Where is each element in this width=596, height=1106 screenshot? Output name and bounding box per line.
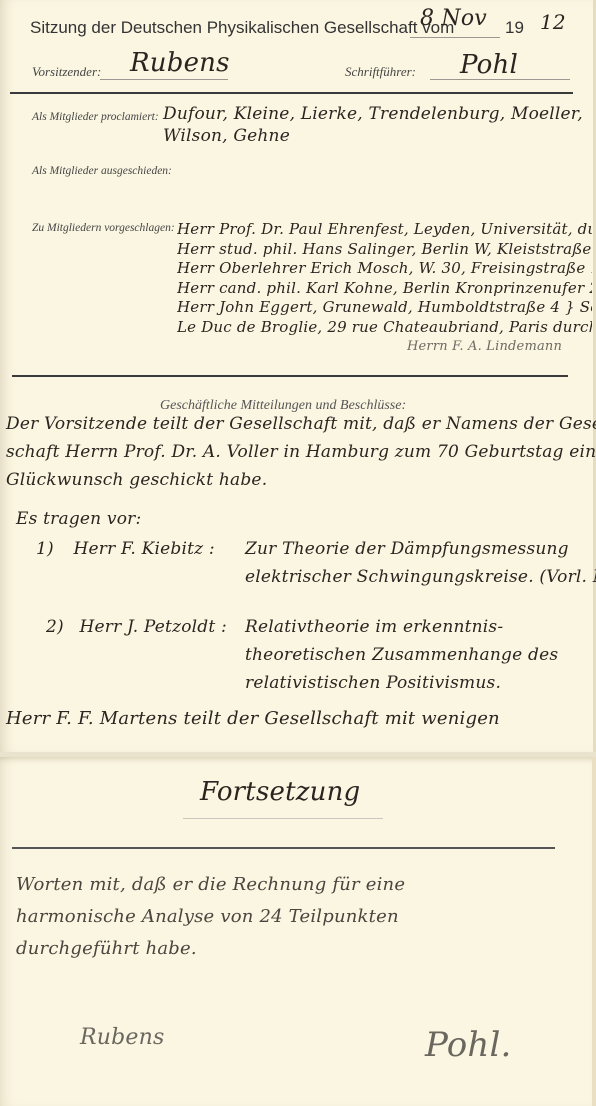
business-text: Der Vorsitzende teilt der Gesellschaft m… bbox=[6, 410, 596, 494]
proposed-member-line: Herr stud. phil. Hans Salinger, Berlin W… bbox=[177, 240, 592, 260]
members-proposed-list: Herr Prof. Dr. Paul Ehrenfest, Leyden, U… bbox=[177, 220, 592, 357]
continuation-line: harmonische Analyse von 24 Teilpunkten bbox=[16, 901, 405, 933]
proposed-member-sponsor: Herrn F. A. Lindemann bbox=[177, 337, 592, 357]
signature-chair: Rubens bbox=[80, 1025, 165, 1050]
proposed-member-line: Herr cand. phil. Karl Kohne, Berlin Kron… bbox=[177, 279, 592, 299]
continuation-divider bbox=[12, 847, 555, 849]
secretary-underline bbox=[430, 79, 570, 80]
business-line: Glückwunsch geschickt habe. bbox=[6, 466, 596, 494]
proposed-member-line: Herr Prof. Dr. Paul Ehrenfest, Leyden, U… bbox=[177, 220, 592, 240]
talk-title-1: Zur Theorie der Dämpfungsmessung elektri… bbox=[245, 535, 596, 591]
closing-line: Herr F. F. Martens teilt der Gesellschaf… bbox=[6, 705, 500, 733]
year-printed: 19 bbox=[505, 18, 524, 38]
year-handwritten: 12 bbox=[540, 10, 566, 34]
chair-name: Rubens bbox=[130, 48, 230, 78]
continuation-text: Worten mit, daß er die Rechnung für eine… bbox=[16, 869, 405, 965]
talk-title-line: Relativtheorie im erkenntnis- bbox=[245, 613, 558, 641]
business-line: Der Vorsitzende teilt der Gesellschaft m… bbox=[6, 410, 596, 438]
talk-title-2: Relativtheorie im erkenntnis- theoretisc… bbox=[245, 613, 558, 697]
members-proclaimed-line: Wilson, Gehne bbox=[163, 125, 583, 147]
talks-intro: Es tragen vor: bbox=[16, 505, 141, 533]
talk-number: 2) bbox=[46, 617, 64, 637]
header-divider bbox=[10, 92, 573, 94]
proposed-member-line: Herr Oberlehrer Erich Mosch, W. 30, Frei… bbox=[177, 259, 592, 279]
talk-speaker: Herr F. Kiebitz bbox=[73, 539, 203, 559]
continuation-underline bbox=[183, 818, 383, 819]
talk-item-1: 1) Herr F. Kiebitz : bbox=[36, 535, 215, 563]
proposed-member-line: Le Duc de Broglie, 29 rue Chateaubriand,… bbox=[177, 318, 592, 338]
members-proclaimed-list: Dufour, Kleine, Lierke, Trendelenburg, M… bbox=[163, 103, 583, 147]
secretary-name: Pohl bbox=[460, 50, 518, 80]
members-proposed-label: Zu Mitgliedern vorgeschlagen: bbox=[32, 222, 175, 234]
talk-title-line: Zur Theorie der Dämpfungsmessung bbox=[245, 535, 596, 563]
members-left-label: Als Mitglieder ausgeschieden: bbox=[32, 165, 172, 177]
date-underline bbox=[410, 37, 500, 38]
talk-title-line: elektrischer Schwingungskreise. (Vorl. M… bbox=[245, 563, 596, 591]
chair-underline bbox=[100, 79, 228, 80]
page-title: Sitzung der Deutschen Physikalischen Ges… bbox=[30, 18, 454, 38]
talk-item-2: 2) Herr J. Petzoldt : bbox=[46, 613, 227, 641]
signature-secretary: Pohl. bbox=[425, 1025, 512, 1065]
secretary-label: Schriftführer: bbox=[345, 64, 416, 80]
members-proclaimed-line: Dufour, Kleine, Lierke, Trendelenburg, M… bbox=[163, 103, 583, 125]
meeting-date-handwritten: 8 Nov bbox=[420, 6, 487, 31]
members-proclaimed-label: Als Mitglieder proclamiert: bbox=[32, 111, 159, 123]
talk-speaker: Herr J. Petzoldt bbox=[79, 617, 215, 637]
chair-label: Vorsitzender: bbox=[32, 64, 101, 80]
talk-title-line: theoretischen Zusammenhange des bbox=[245, 641, 558, 669]
business-line: schaft Herrn Prof. Dr. A. Voller in Hamb… bbox=[6, 438, 596, 466]
continuation-line: Worten mit, daß er die Rechnung für eine bbox=[16, 869, 405, 901]
proposed-member-line: Herr John Eggert, Grunewald, Humboldtstr… bbox=[177, 298, 592, 318]
talk-number: 1) bbox=[36, 539, 54, 559]
proposed-divider bbox=[12, 375, 568, 377]
minutes-page-1: Sitzung der Deutschen Physikalischen Ges… bbox=[0, 0, 596, 752]
minutes-page-2: Fortsetzung Worten mit, daß er die Rechn… bbox=[0, 757, 596, 1106]
continuation-heading: Fortsetzung bbox=[200, 777, 360, 807]
talk-title-line: relativistischen Positivismus. bbox=[245, 669, 558, 697]
continuation-line: durchgeführt habe. bbox=[16, 933, 405, 965]
